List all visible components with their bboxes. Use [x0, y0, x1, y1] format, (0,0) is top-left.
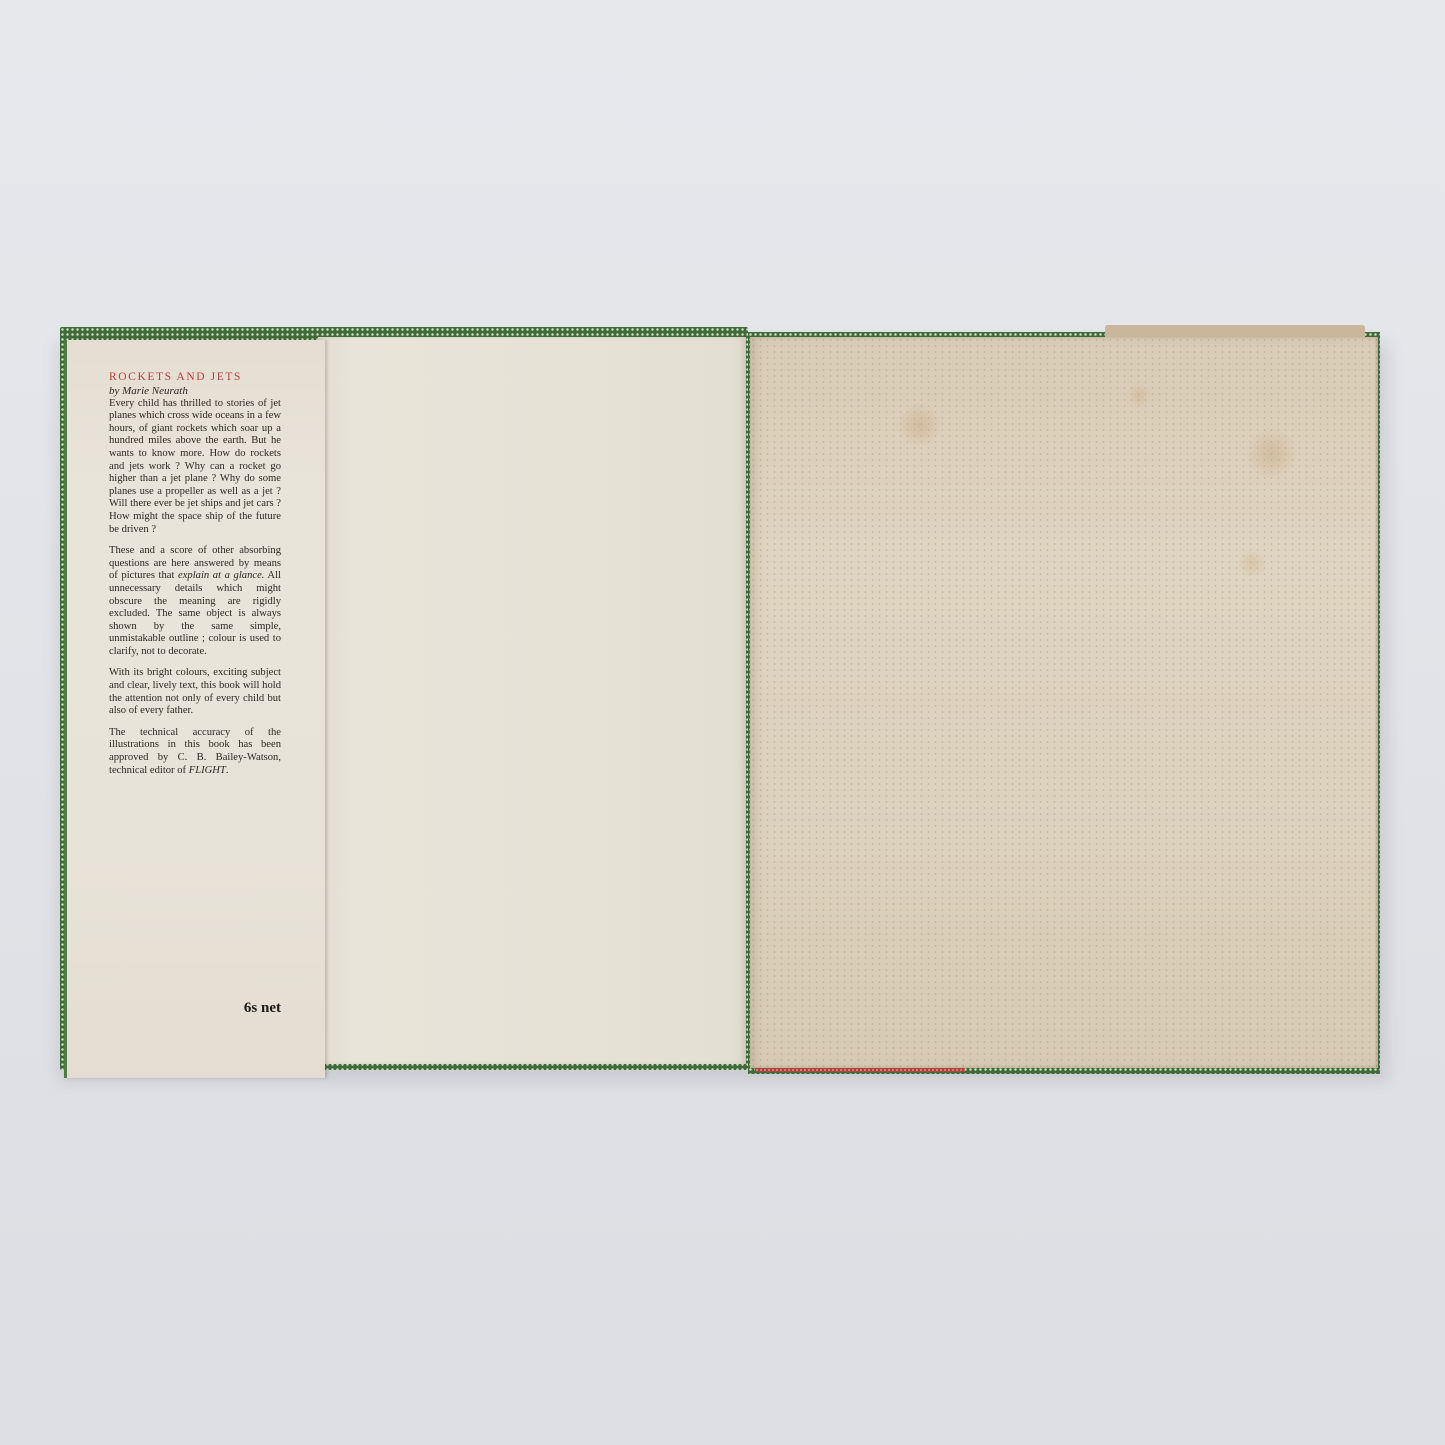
dust-jacket-flap: ROCKETS AND JETS by Marie Neurath Every … [64, 340, 325, 1078]
left-endpaper [318, 337, 746, 1064]
blurb-text: All unnecessary details which might obsc… [109, 570, 281, 657]
flap-blurb: ROCKETS AND JETS by Marie Neurath Every … [109, 370, 281, 786]
blurb-paragraph-4: The technical accuracy of the illustrati… [109, 727, 281, 777]
blurb-paragraph-3: With its bright colours, exciting subjec… [109, 667, 281, 717]
book-photo-scene: ROCKETS AND JETS by Marie Neurath Every … [0, 0, 1445, 1445]
right-endpaper [750, 337, 1378, 1068]
magazine-name: FLIGHT [189, 765, 226, 776]
blurb-emphasis: explain at a glance. [178, 570, 264, 581]
price-label: 6s net [244, 1000, 281, 1017]
book-title: ROCKETS AND JETS [109, 370, 281, 384]
blurb-text: . [226, 765, 229, 776]
blurb-paragraph-1: Every child has thrilled to stories of j… [109, 398, 281, 537]
book-author: by Marie Neurath [109, 385, 281, 398]
blurb-paragraph-2: These and a score of other absorbing que… [109, 545, 281, 658]
